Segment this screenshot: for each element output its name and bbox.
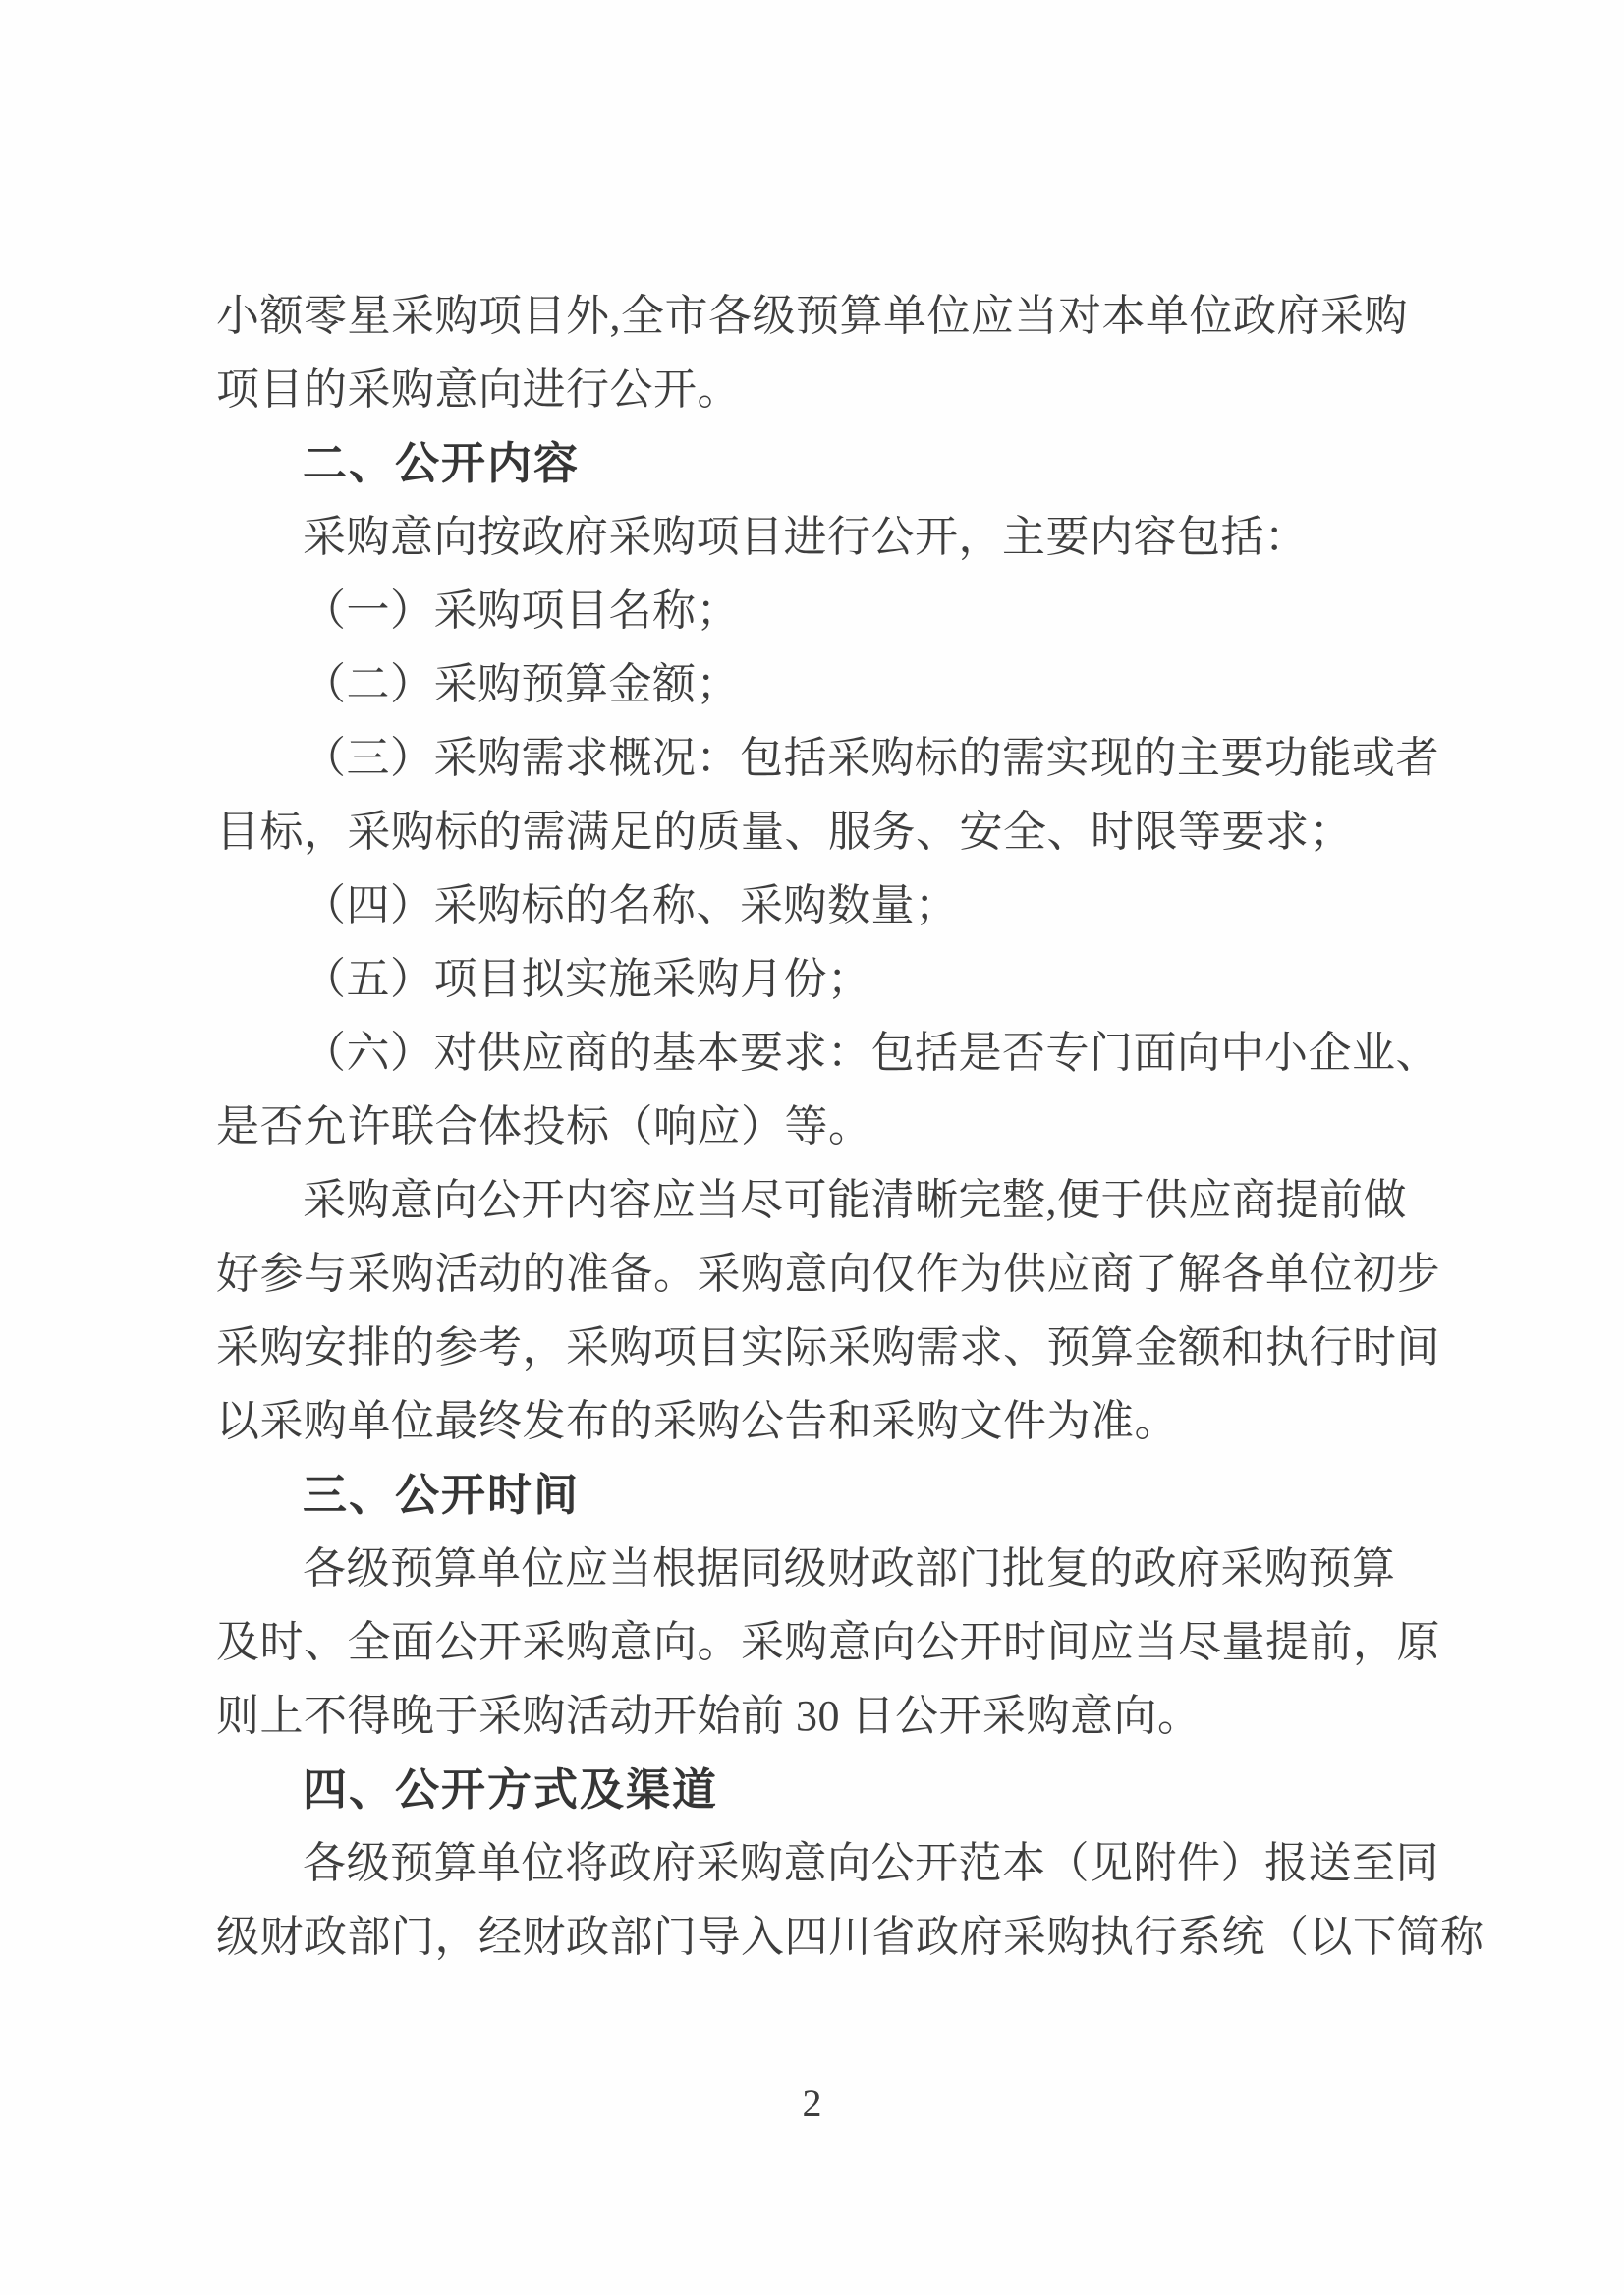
document-body: 小额零星采购项目外,全市各级预算单位应当对本单位政府采购 项目的采购意向进行公开…	[216, 279, 1430, 1974]
text-line: 好参与采购活动的准备。采购意向仅作为供应商了解各单位初步	[216, 1237, 1430, 1311]
scanned-document-page: 小额零星采购项目外,全市各级预算单位应当对本单位政府采购 项目的采购意向进行公开…	[0, 0, 1624, 2295]
list-item: （六）对供应商的基本要求：包括是否专门面向中小企业、	[216, 1016, 1430, 1090]
text-line: 采购意向公开内容应当尽可能清晰完整,便于供应商提前做	[216, 1163, 1430, 1237]
list-item: （四）采购标的名称、采购数量；	[216, 868, 1430, 942]
list-item: （五）项目拟实施采购月份；	[216, 942, 1430, 1016]
section-heading: 三、公开时间	[216, 1458, 1430, 1532]
page-number: 2	[0, 2075, 1624, 2132]
text-line: 小额零星采购项目外,全市各级预算单位应当对本单位政府采购	[216, 279, 1430, 353]
list-item: （二）采购预算金额；	[216, 647, 1430, 721]
text-line: 采购意向按政府采购项目进行公开，主要内容包括：	[216, 500, 1430, 574]
text-line: 及时、全面公开采购意向。采购意向公开时间应当尽量提前，原	[216, 1605, 1430, 1679]
text-line: 各级预算单位将政府采购意向公开范本（见附件）报送至同	[216, 1826, 1430, 1900]
text-line: 级财政部门，经财政部门导入四川省政府采购执行系统（以下简称	[216, 1900, 1430, 1974]
text-line: 采购安排的参考，采购项目实际采购需求、预算金额和执行时间	[216, 1311, 1430, 1384]
section-heading: 四、公开方式及渠道	[216, 1753, 1430, 1826]
text-line: 以采购单位最终发布的采购公告和采购文件为准。	[216, 1384, 1430, 1458]
text-line: 各级预算单位应当根据同级财政部门批复的政府采购预算	[216, 1532, 1430, 1605]
text-line: 目标，采购标的需满足的质量、服务、安全、时限等要求；	[216, 795, 1430, 868]
list-item: （三）采购需求概况：包括采购标的需实现的主要功能或者	[216, 721, 1430, 795]
text-line: 则上不得晚于采购活动开始前 30 日公开采购意向。	[216, 1679, 1430, 1753]
section-heading: 二、公开内容	[216, 426, 1430, 500]
list-item: （一）采购项目名称；	[216, 574, 1430, 647]
text-line: 是否允许联合体投标（响应）等。	[216, 1090, 1430, 1163]
text-line: 项目的采购意向进行公开。	[216, 353, 1430, 426]
